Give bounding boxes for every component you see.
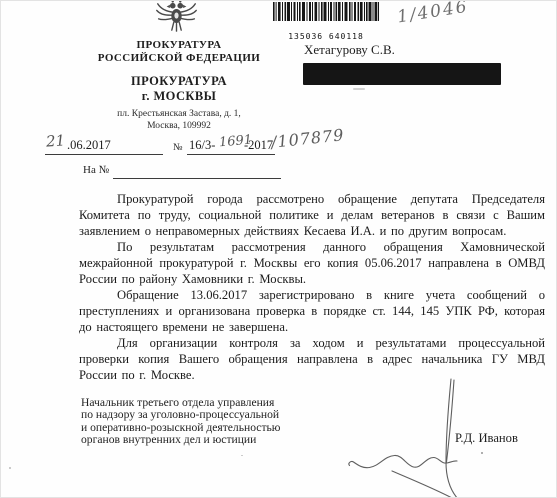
scan-smudge xyxy=(353,88,365,90)
number-sign-label: № xyxy=(173,142,183,153)
org-address-line2: Москва, 109992 xyxy=(59,121,299,133)
reply-to-number-label: На № xyxy=(83,164,109,176)
addressee-name: Хетагурову С.В. xyxy=(304,42,395,58)
scanned-letter-page: ПРОКУРАТУРА РОССИЙСКОЙ ФЕДЕРАЦИИ ПРОКУРА… xyxy=(0,0,557,498)
letterhead: ПРОКУРАТУРА РОССИЙСКОЙ ФЕДЕРАЦИИ ПРОКУРА… xyxy=(59,39,299,132)
handwritten-page-number: 1/4046 xyxy=(396,0,470,27)
signatory-title: Начальник третьего отдела управления по … xyxy=(81,397,343,446)
signatory-title-line2: по надзору за уголовно-процессуальной xyxy=(81,409,343,421)
barcode: 135036 640118 xyxy=(273,2,379,44)
handwritten-signature xyxy=(331,371,491,498)
date-underline xyxy=(45,154,163,155)
printed-date: .06.2017 xyxy=(67,138,111,153)
handwritten-date-day: 21 xyxy=(45,131,65,150)
paragraph-1: Прокуратурой города рассмотрено обращени… xyxy=(79,191,545,239)
coat-of-arms-icon xyxy=(153,0,200,40)
scan-speck xyxy=(241,455,243,456)
org-subname-line1: ПРОКУРАТУРА xyxy=(59,74,299,89)
scan-speck xyxy=(9,467,11,469)
barcode-digits: 135036 640118 xyxy=(286,32,366,41)
org-address-line1: пл. Крестьянская Застава, д. 1, xyxy=(59,109,299,121)
org-subname-line2: г. МОСКВЫ xyxy=(59,89,299,104)
org-name-line2: РОССИЙСКОЙ ФЕДЕРАЦИИ xyxy=(59,52,299,65)
outgoing-number-prefix: 16/3- xyxy=(189,138,215,153)
barcode-bars xyxy=(273,2,379,21)
outgoing-number-suffix: -2017 xyxy=(244,138,273,153)
redacted-address-bar xyxy=(303,63,501,85)
letter-body: Прокуратурой города рассмотрено обращени… xyxy=(79,191,545,383)
paragraph-2: По результатам рассмотрения данного обра… xyxy=(79,239,545,287)
paragraph-3: Обращение 13.06.2017 зарегистрировано в … xyxy=(79,287,545,335)
org-name-line1: ПРОКУРАТУРА xyxy=(59,39,299,52)
reply-number-underline xyxy=(113,178,281,179)
number-underline xyxy=(187,154,275,155)
signatory-title-line4: органов внутренних дел и юстиции xyxy=(81,434,343,446)
